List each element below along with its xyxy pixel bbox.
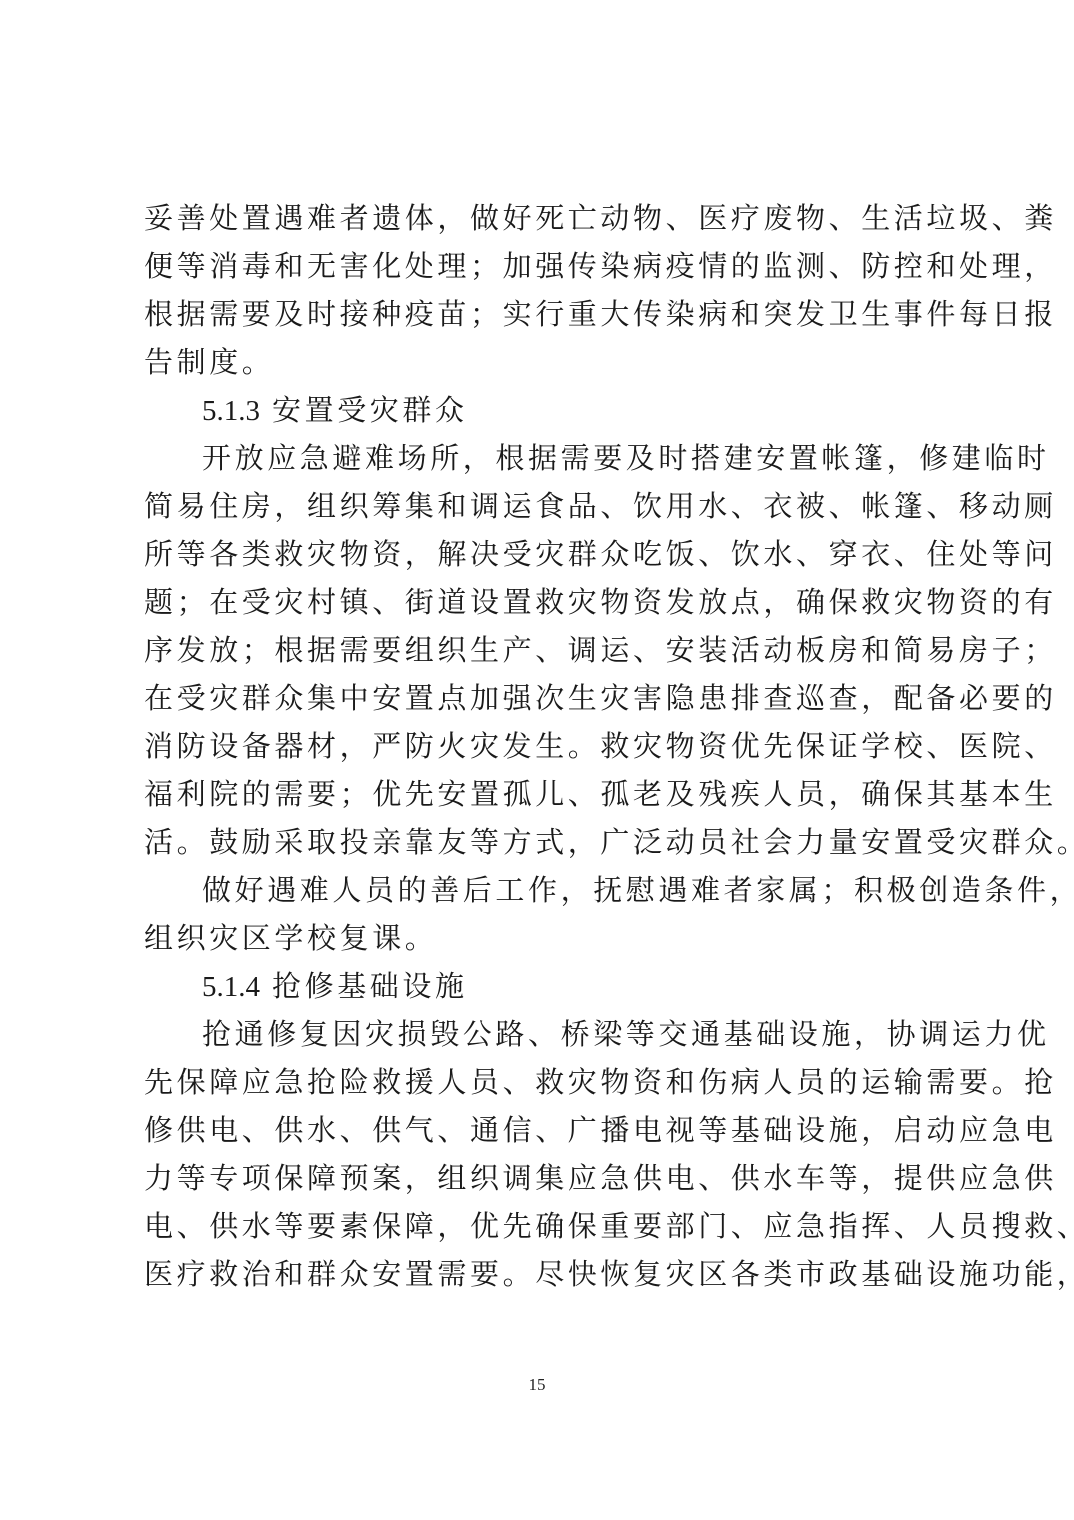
body-text-line: 医疗救治和群众安置需要。尽快恢复灾区各类市政基础设施功能， <box>144 1250 944 1298</box>
body-text-line: 抢通修复因灾损毁公路、桥梁等交通基础设施，协调运力优 <box>144 1010 944 1058</box>
body-text-line: 在受灾群众集中安置点加强次生灾害隐患排查巡查，配备必要的 <box>144 674 944 722</box>
body-text-line: 根据需要及时接种疫苗；实行重大传染病和突发卫生事件每日报 <box>144 290 944 338</box>
body-text-line: 力等专项保障预案，组织调集应急供电、供水车等，提供应急供 <box>144 1154 944 1202</box>
body-text-line: 所等各类救灾物资，解决受灾群众吃饭、饮水、穿衣、住处等问 <box>144 530 944 578</box>
body-text-line: 消防设备器材，严防火灾发生。救灾物资优先保证学校、医院、 <box>144 722 944 770</box>
body-text-line: 电、供水等要素保障，优先确保重要部门、应急指挥、人员搜救、 <box>144 1202 944 1250</box>
body-text-line: 告制度。 <box>144 338 944 386</box>
body-text-line: 开放应急避难场所，根据需要及时搭建安置帐篷，修建临时 <box>144 434 944 482</box>
body-text-line: 序发放；根据需要组织生产、调运、安装活动板房和简易房子； <box>144 626 944 674</box>
section-title: 抢修基础设施 <box>272 969 468 1003</box>
section-number: 5.1.4 <box>202 971 260 1003</box>
body-text-line: 先保障应急抢险救援人员、救灾物资和伤病人员的运输需要。抢 <box>144 1058 944 1106</box>
body-text-line: 简易住房，组织筹集和调运食品、饮用水、衣被、帐篷、移动厕 <box>144 482 944 530</box>
section-heading-5-1-4: 5.1.4抢修基础设施 <box>144 962 944 1010</box>
body-text-line: 修供电、供水、供气、通信、广播电视等基础设施，启动应急电 <box>144 1106 944 1154</box>
body-text-line: 活。鼓励采取投亲靠友等方式，广泛动员社会力量安置受灾群众。 <box>144 818 944 866</box>
body-text-line: 便等消毒和无害化处理；加强传染病疫情的监测、防控和处理， <box>144 242 944 290</box>
page-number: 15 <box>0 1375 1074 1395</box>
section-number: 5.1.3 <box>202 395 260 427</box>
body-text-line: 题；在受灾村镇、街道设置救灾物资发放点，确保救灾物资的有 <box>144 578 944 626</box>
section-title: 安置受灾群众 <box>272 393 468 427</box>
body-text-line: 组织灾区学校复课。 <box>144 914 944 962</box>
section-heading-5-1-3: 5.1.3安置受灾群众 <box>144 386 944 434</box>
body-text-line: 做好遇难人员的善后工作，抚慰遇难者家属；积极创造条件， <box>144 866 944 914</box>
document-page: 妥善处置遇难者遗体，做好死亡动物、医疗废物、生活垃圾、粪 便等消毒和无害化处理；… <box>144 194 944 1298</box>
body-text-line: 福利院的需要；优先安置孤儿、孤老及残疾人员，确保其基本生 <box>144 770 944 818</box>
body-text-line: 妥善处置遇难者遗体，做好死亡动物、医疗废物、生活垃圾、粪 <box>144 194 944 242</box>
